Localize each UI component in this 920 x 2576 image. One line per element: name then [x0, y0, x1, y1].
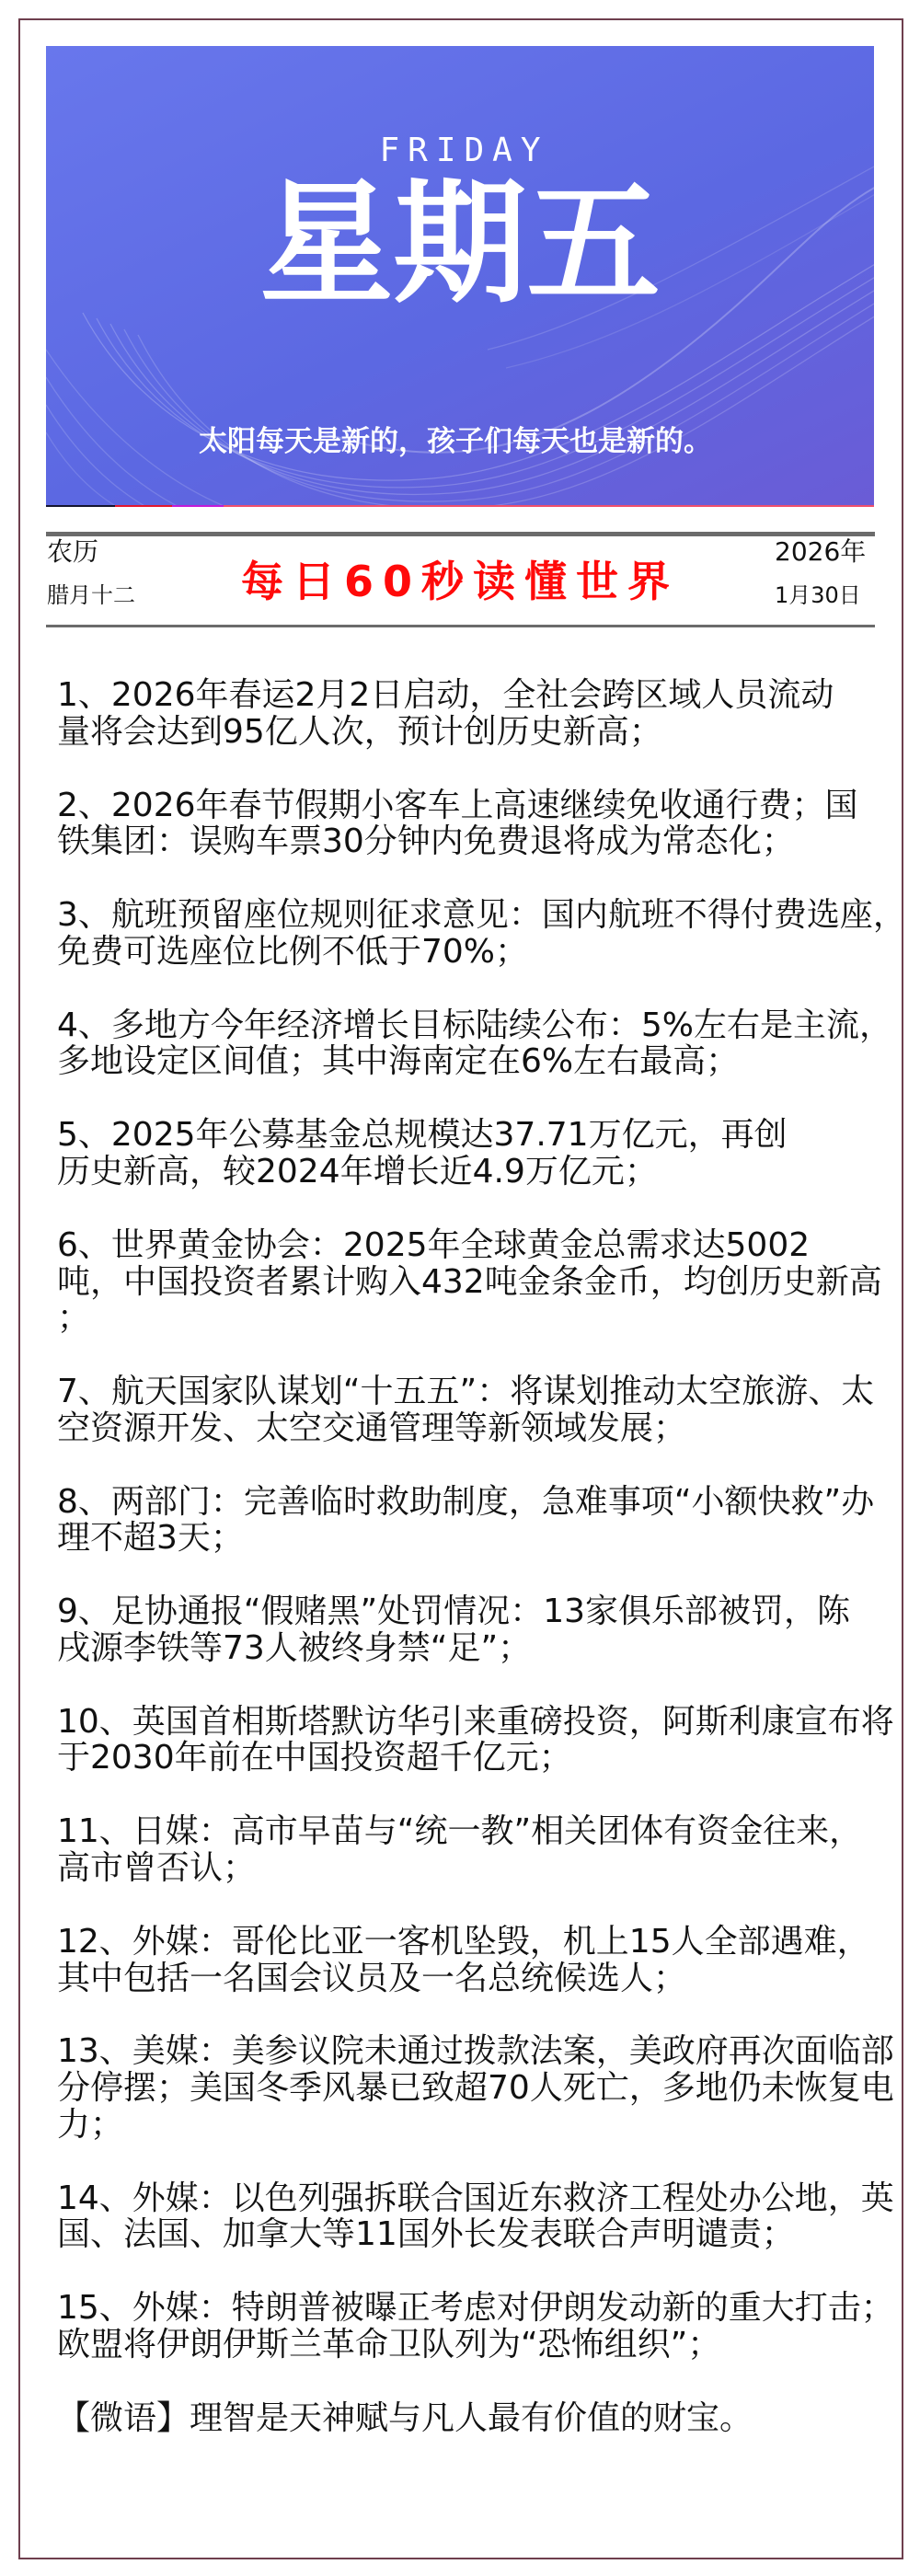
banner-accent-line: [46, 505, 874, 507]
news-item-15: 15、外媒：特朗普被曝正考虑对伊朗发动新的重大打击； 欧盟将伊朗伊斯兰革命卫队列…: [57, 2290, 894, 2363]
news-line: 1、2026年春运2月2日启动，全社会跨区域人员流动: [57, 677, 894, 714]
news-line: 15、外媒：特朗普被曝正考虑对伊朗发动新的重大打击；: [57, 2290, 894, 2327]
news-item-13: 13、美媒：美参议院未通过拨款法案，美政府再次面临部 分停摆；美国冬季风暴已致超…: [57, 2033, 894, 2144]
news-line: 分停摆；美国冬季风暴已致超70人死亡，多地仍未恢复电: [57, 2070, 894, 2107]
news-item-12: 12、外媒：哥伦比亚一客机坠毁，机上15人全部遇难， 其中包括一名国会议员及一名…: [57, 1924, 894, 1997]
weekday-chinese: 星期五: [46, 173, 874, 316]
news-line: 5、2025年公募基金总规模达37.71万亿元，再创: [57, 1117, 894, 1154]
news-line: 14、外媒：以色列强拆联合国近东救济工程处办公地，英: [57, 2180, 894, 2217]
news-line: 7、航天国家队谋划“十五五”：将谋划推动太空旅游、太: [57, 1374, 894, 1410]
news-line: 力；: [57, 2107, 894, 2144]
daily-quote-text: 理智是天神赋与凡人最有价值的财宝。: [190, 2399, 753, 2437]
news-line: 多地设定区间值；其中海南定在6%左右最高；: [57, 1043, 894, 1080]
news-list: 1、2026年春运2月2日启动，全社会跨区域人员流动 量将会达到95亿人次，预计…: [57, 677, 894, 2437]
news-line: 理不超3天；: [57, 1520, 894, 1557]
daily-quote-label: 【微语】: [57, 2399, 190, 2437]
daily-quote: 【微语】理智是天神赋与凡人最有价值的财宝。: [57, 2400, 894, 2437]
news-line: 空资源开发、太空交通管理等新领域发展；: [57, 1410, 894, 1447]
news-item-14: 14、外媒：以色列强拆联合国近东救济工程处办公地，英 国、法国、加拿大等11国外…: [57, 2180, 894, 2254]
weekday-english: FRIDAY: [46, 134, 874, 167]
news-item-7: 7、航天国家队谋划“十五五”：将谋划推动太空旅游、太 空资源开发、太空交通管理等…: [57, 1374, 894, 1447]
news-line: 12、外媒：哥伦比亚一客机坠毁，机上15人全部遇难，: [57, 1924, 894, 1961]
news-item-6: 6、世界黄金协会：2025年全球黄金总需求达5002 吨，中国投资者累计购入43…: [57, 1227, 894, 1338]
news-line: 戌源李铁等73人被终身禁“足”；: [57, 1630, 894, 1667]
news-item-8: 8、两部门：完善临时救助制度，急难事项“小额快救”办 理不超3天；: [57, 1484, 894, 1558]
news-line: 免费可选座位比例不低于70%；: [57, 934, 894, 971]
news-item-9: 9、足协通报“假赌黑”处罚情况：13家俱乐部被罚，陈 戌源李铁等73人被终身禁“…: [57, 1593, 894, 1667]
news-line: 13、美媒：美参议院未通过拨款法案，美政府再次面临部: [57, 2033, 894, 2070]
banner-slogan: 太阳每天是新的，孩子们每天也是新的。: [46, 425, 865, 458]
news-item-3: 3、航班预留座位规则征求意见：国内航班不得付费选座， 免费可选座位比例不低于70…: [57, 897, 894, 971]
news-line: 10、英国首相斯塔默访华引来重磅投资，阿斯利康宣布将: [57, 1704, 894, 1741]
news-line: 国、法国、加拿大等11国外长发表联合声明谴责；: [57, 2216, 894, 2253]
news-line: 其中包括一名国会议员及一名总统候选人；: [57, 1961, 894, 1997]
gregorian-date: 1月30日: [775, 582, 861, 608]
masthead-rule-top: [46, 532, 875, 536]
news-line: 于2030年前在中国投资超千亿元；: [57, 1740, 894, 1777]
news-line: 9、足协通报“假赌黑”处罚情况：13家俱乐部被罚，陈: [57, 1593, 894, 1630]
news-item-4: 4、多地方今年经济增长目标陆续公布：5%左右是主流， 多地设定区间值；其中海南定…: [57, 1007, 894, 1081]
news-item-10: 10、英国首相斯塔默访华引来重磅投资，阿斯利康宣布将 于2030年前在中国投资超…: [57, 1704, 894, 1777]
news-item-11: 11、日媒：高市早苗与“统一教”相关团体有资金往来， 高市曾否认；: [57, 1813, 894, 1887]
news-line: 2、2026年春节假期小客车上高速继续免收通行费；国: [57, 788, 894, 824]
masthead-rule-bottom: [46, 625, 875, 627]
news-line: 6、世界黄金协会：2025年全球黄金总需求达5002: [57, 1227, 894, 1264]
gregorian-year: 2026年: [775, 537, 866, 567]
news-line: 11、日媒：高市早苗与“统一教”相关团体有资金往来，: [57, 1813, 894, 1850]
news-item-2: 2、2026年春节假期小客车上高速继续免收通行费；国 铁集团：误购车票30分钟内…: [57, 788, 894, 861]
masthead-title: 每日60秒读懂世界: [46, 558, 865, 605]
news-line: 3、航班预留座位规则征求意见：国内航班不得付费选座，: [57, 897, 894, 934]
news-line: 量将会达到95亿人次，预计创历史新高；: [57, 714, 894, 751]
news-line: ；: [57, 1300, 894, 1337]
news-item-1: 1、2026年春运2月2日启动，全社会跨区域人员流动 量将会达到95亿人次，预计…: [57, 677, 894, 751]
news-line: 8、两部门：完善临时救助制度，急难事项“小额快救”办: [57, 1484, 894, 1521]
news-line: 铁集团：误购车票30分钟内免费退将成为常态化；: [57, 823, 894, 860]
news-line: 欧盟将伊朗伊斯兰革命卫队列为“恐怖组织”；: [57, 2327, 894, 2363]
weekday-banner: FRIDAY 星期五 太阳每天是新的，孩子们每天也是新的。: [46, 46, 874, 506]
news-line: 高市曾否认；: [57, 1850, 894, 1887]
news-line: 4、多地方今年经济增长目标陆续公布：5%左右是主流，: [57, 1007, 894, 1044]
news-line: 吨，中国投资者累计购入432吨金条金币，均创历史新高: [57, 1264, 894, 1301]
news-line: 历史新高，较2024年增长近4.9万亿元；: [57, 1154, 894, 1190]
news-item-5: 5、2025年公募基金总规模达37.71万亿元，再创 历史新高，较2024年增长…: [57, 1117, 894, 1190]
